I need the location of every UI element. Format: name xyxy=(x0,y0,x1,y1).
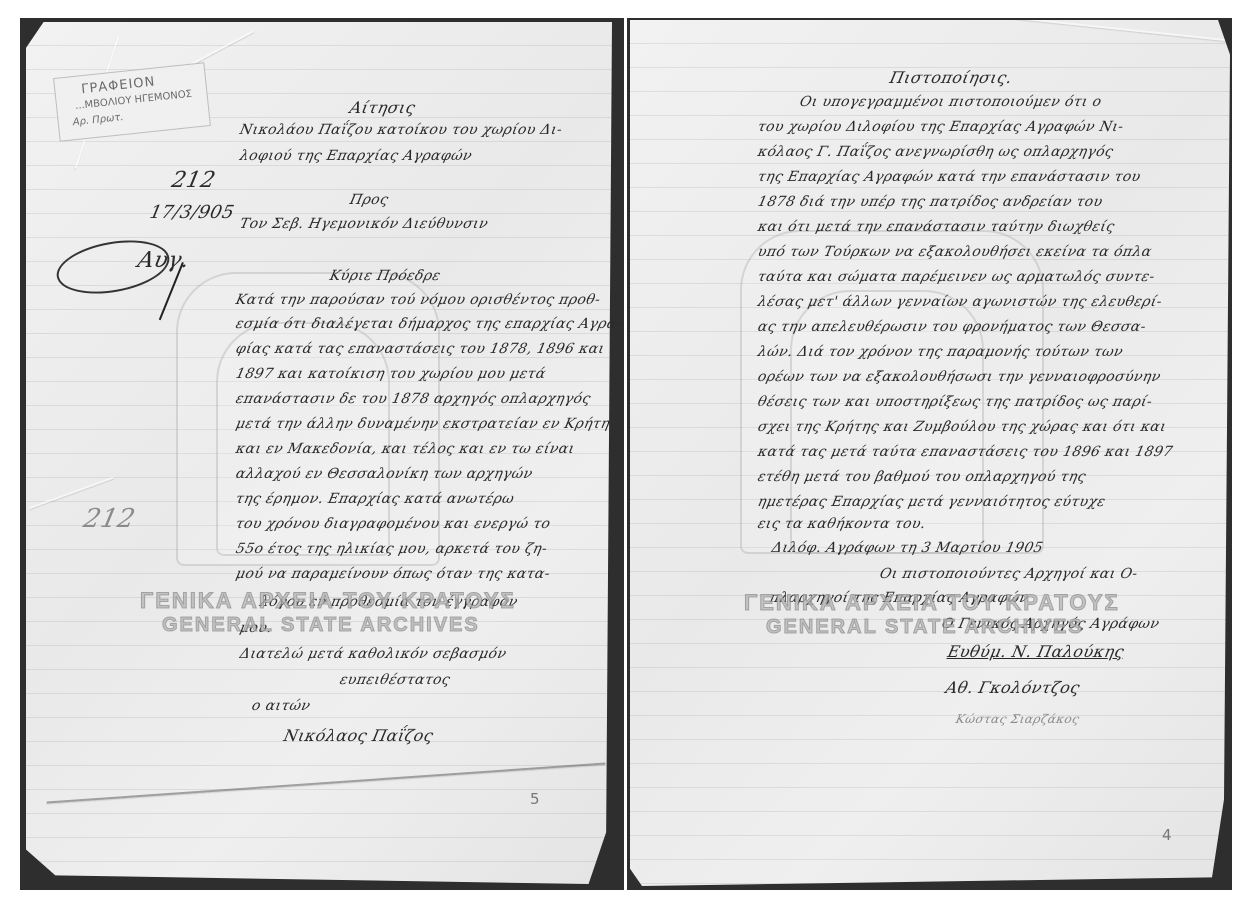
body-line: εσμία ότι διαλέγεται δήμαρχος της επαρχί… xyxy=(234,316,623,332)
cert-line: 1878 διά την υπέρ της πατρίδος ανδρείαν … xyxy=(756,194,1104,210)
cert-line: και ότι μετά την επανάστασιν ταύτην διωχ… xyxy=(756,219,1116,235)
cert-line: του χωρίου Διλοφίου της Επαρχίας Αγραφών… xyxy=(756,119,1125,135)
body-line: Κατά την παρούσαν τού νόμου ορισθέντος π… xyxy=(234,292,602,308)
signature-name: Νικόλαος Παΐζος xyxy=(282,726,435,745)
watermark-english-right: GENERAL STATE ARCHIVES xyxy=(766,616,1084,639)
cert-line: σχει της Κρήτης και Ζυμβούλου της χώρας … xyxy=(756,419,1168,435)
body-line: 55ο έτος της ηλικίας μου, αρκετά του ζη- xyxy=(234,541,548,557)
signature-2: Ευθύμ. Ν. Παλούκης xyxy=(946,642,1126,661)
cert-line: ετέθη μετά του βαθμού του οπλαρχηγού της xyxy=(756,469,1087,485)
signatories-intro: Οι πιστοποιούντες Αρχηγοί και Ο- xyxy=(878,566,1139,582)
cert-line: της Επαρχίας Αγραφών κατά την επανάστασι… xyxy=(756,169,1142,185)
place-date: Διλόφ. Αγράφων τη 3 Μαρτίου 1905 xyxy=(770,540,1044,556)
body-line: αλλαχού εν Θεσσαλονίκη των αρχηγών xyxy=(234,466,534,482)
salutation: Κύριε Πρόεδρε xyxy=(328,268,442,284)
petition-heading: Αίτησις xyxy=(348,98,417,117)
page-number-left: 5 xyxy=(530,790,540,808)
cert-line: κόλαος Γ. Παΐζος ανεγνωρίσθη ως οπλαρχηγ… xyxy=(756,144,1115,160)
cert-line: Οι υπογεγραμμένοι πιστοποιούμεν ότι ο xyxy=(798,94,1103,110)
closing: Διατελώ μετά καθολικόν σεβασμόν xyxy=(238,646,508,662)
cert-line: κατά τας μετά ταύτα επαναστάσεις του 189… xyxy=(756,444,1174,460)
body-line: επανάστασιν δε του 1878 αρχηγός οπλαρχηγ… xyxy=(234,391,592,407)
cert-line: λέσας μετ' άλλων γενναίων αγωνιστών της … xyxy=(756,294,1163,310)
addressee: Τον Σεβ. Ηγεμονικόν Διεύθυνσιν xyxy=(238,216,489,232)
cert-line: ορέων των να εξακολουθήσωσι την γενναιοφ… xyxy=(756,369,1162,385)
addressee-label: Προς xyxy=(348,192,390,208)
header-line-1: Νικολάου Παΐζου κατοίκου του χωρίου Δι- xyxy=(238,122,564,138)
body-line: μετά την άλλην δυναμένην εκστρατείαν εν … xyxy=(234,416,611,432)
cert-line: ας την απελευθέρωσιν του φρονήματος των … xyxy=(756,319,1147,335)
cert-line: ημετέρας Επαρχίας μετά γενναιότητος εύτυ… xyxy=(756,494,1107,510)
signature-4: Κώστας Σιαρζάκος xyxy=(955,712,1081,726)
signature-label: ο αιτών xyxy=(250,698,312,714)
certificate-title: Πιστοποίησις. xyxy=(888,68,1014,87)
body-line: 1897 και κατοίκιση του χωρίου μου μετά xyxy=(234,366,547,382)
protocol-number: 212 xyxy=(169,168,218,193)
watermark-greek-right: ΓΕΝΙΚΑ ΑΡΧΕΙΑ ΤΟΥ ΚΡΑΤΟΥΣ xyxy=(744,590,1120,616)
body-line: μού να παραμείνουν όπως όταν της κατα- xyxy=(234,566,551,582)
closing-ending: ευπειθέστατος xyxy=(338,672,452,688)
cert-line: εις τα καθήκοντα του. xyxy=(756,516,927,532)
page-gutter xyxy=(624,18,627,890)
paper-crease xyxy=(1010,20,1229,41)
body-line: της έρημον. Επαρχίας κατά ανωτέρω xyxy=(234,491,515,507)
cert-line: λών. Διά τον χρόνον της παραμονής τούτων… xyxy=(756,344,1124,360)
marginal-note: 212 xyxy=(81,504,138,534)
body-line: του χρόνου διαγραφομένου και ενεργώ το xyxy=(234,516,552,532)
initials-signature: Αυγ. xyxy=(135,248,191,273)
cert-line: θέσεις των και υποστηρίξεως της πατρίδος… xyxy=(756,394,1153,410)
cert-line: ταύτα και σώματα παρέμεινεν ως αρματωλός… xyxy=(756,269,1156,285)
watermark-greek-left: ΓΕΝΙΚΑ ΑΡΧΕΙΑ ΤΟΥ ΚΡΑΤΟΥΣ xyxy=(140,588,516,614)
paper-tear-fold xyxy=(47,762,606,803)
body-line: και εν Μακεδονία, και τέλος και εν τω εί… xyxy=(234,441,576,457)
watermark-english-left: GENERAL STATE ARCHIVES xyxy=(162,614,480,637)
cert-line: υπό των Τούρκων να εξακολουθήσει εκείνα … xyxy=(756,244,1153,260)
signature-3: Αθ. Γκολόντζος xyxy=(944,678,1082,697)
header-line-2: λοφιού της Επαρχίας Αγραφών xyxy=(238,148,473,164)
date-received: 17/3/905 xyxy=(148,202,237,223)
page-number-right: 4 xyxy=(1162,826,1172,844)
stamp-line-3: Αρ. Πρωτ. xyxy=(72,112,124,128)
body-line: φίας κατά τας επαναστάσεις του 1878, 189… xyxy=(234,341,606,357)
